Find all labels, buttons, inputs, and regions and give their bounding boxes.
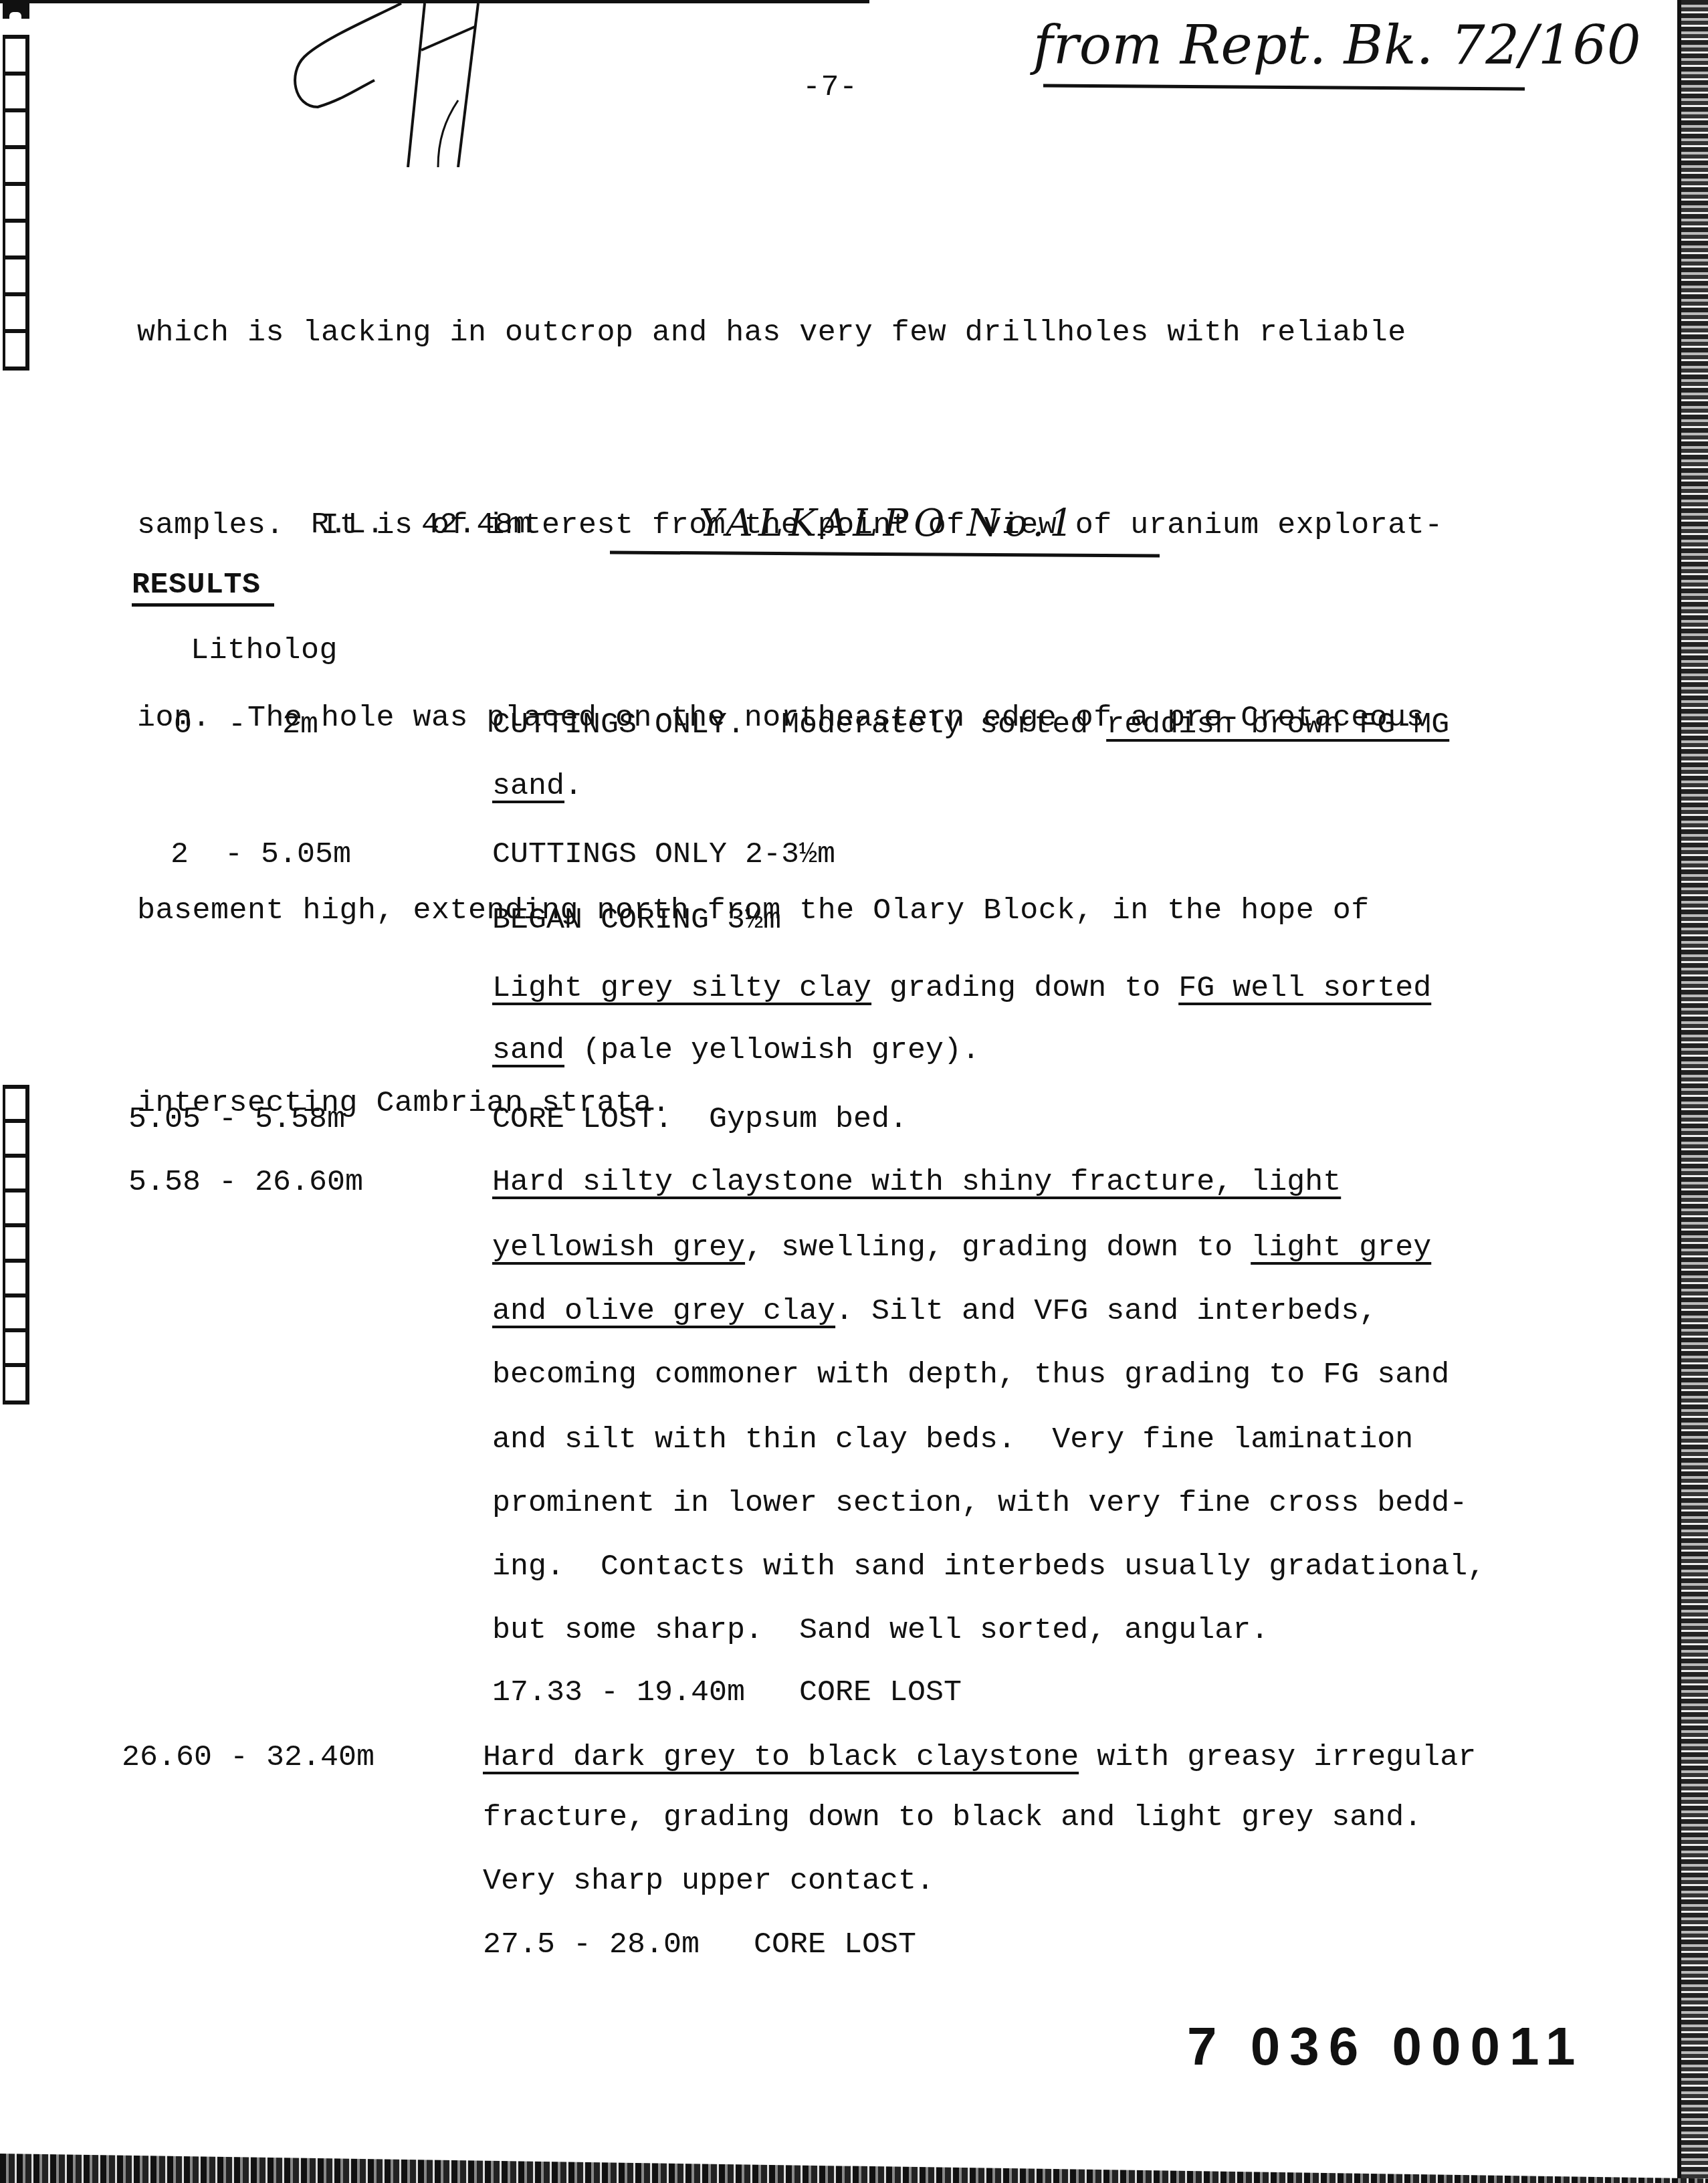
underlined-term: sand — [492, 1033, 564, 1067]
litholog-description-line: Light grey silty clay grading down to FG… — [492, 971, 1431, 1005]
reduced-level: R.L. 42.48m — [311, 510, 532, 540]
binder-hole-icon — [3, 145, 29, 187]
description-text: CUTTINGS ONLY 2-3½m — [492, 837, 835, 871]
litholog-description-line: yellowish grey, swelling, grading down t… — [492, 1231, 1431, 1265]
litholog-description-line: and olive grey clay. Silt and VFG sand i… — [492, 1294, 1377, 1328]
description-text: 27.5 - 28.0m CORE LOST — [483, 1928, 916, 1962]
underlined-term: Hard dark grey to black claystone — [483, 1740, 1079, 1774]
description-text: Very sharp upper contact. — [483, 1864, 934, 1898]
underlined-term: FG well sorted — [1178, 971, 1431, 1005]
description-text: CUTTINGS ONLY. Moderately sorted — [492, 708, 1106, 742]
litholog-description-line: ing. Contacts with sand interbeds usuall… — [492, 1550, 1485, 1584]
handwritten-reference: from Rept. Bk. 72/160 — [1033, 19, 1641, 72]
litholog-depth-interval: 0 - 2m — [174, 708, 318, 742]
litholog-description-line: 17.33 - 19.40m CORE LOST — [492, 1675, 962, 1709]
litholog-description-line: sand (pale yellowish grey). — [492, 1033, 980, 1067]
litholog-depth-interval: 5.58 - 26.60m — [128, 1165, 363, 1199]
description-text: becoming commoner with depth, thus gradi… — [492, 1358, 1449, 1392]
binder-hole-icon — [3, 292, 29, 334]
scan-right-edge — [1677, 0, 1708, 2183]
litholog-description-line: CORE LOST. Gypsum bed. — [492, 1102, 908, 1136]
litholog-depth-interval: 2 - 5.05m — [171, 837, 351, 871]
underlined-term: and olive grey clay — [492, 1294, 835, 1328]
underlined-term: light grey — [1251, 1231, 1431, 1265]
litholog-description-line: and silt with thin clay beds. Very fine … — [492, 1423, 1413, 1457]
litholog-subheading: Litholog — [191, 635, 338, 665]
litholog-description-line: but some sharp. Sand well sorted, angula… — [492, 1613, 1269, 1647]
binder-hole-icon — [3, 219, 29, 260]
binder-hole-icon — [3, 329, 29, 371]
underlined-term: sand — [492, 769, 564, 803]
litholog-description-line: 27.5 - 28.0m CORE LOST — [483, 1928, 916, 1962]
underlined-term: Hard silty claystone with shiny fracture… — [492, 1165, 1341, 1199]
section-heading-underline — [132, 603, 274, 607]
underlined-term: Light grey silty clay — [492, 971, 871, 1005]
description-text: fracture, grading down to black and ligh… — [483, 1800, 1422, 1835]
litholog-description-line: Hard silty claystone with shiny fracture… — [492, 1165, 1341, 1199]
binder-hole-icon — [3, 182, 29, 223]
description-text: 17.33 - 19.40m CORE LOST — [492, 1675, 962, 1709]
binder-hole-icon — [3, 1, 29, 19]
paragraph-line: which is lacking in outcrop and has very… — [137, 301, 1443, 365]
description-text: BEGAN CORING 3½m — [492, 903, 781, 937]
underlined-term: reddish brown FG-MG — [1106, 708, 1449, 742]
litholog-description-line: CUTTINGS ONLY. Moderately sorted reddish… — [492, 708, 1449, 742]
description-text: CORE LOST. Gypsum bed. — [492, 1102, 908, 1136]
description-text: but some sharp. Sand well sorted, angula… — [492, 1613, 1269, 1647]
litholog-description-line: prominent in lower section, with very fi… — [492, 1486, 1467, 1520]
description-text: with greasy irregular — [1079, 1740, 1476, 1774]
description-text: grading down to — [871, 971, 1178, 1005]
section-heading: RESULTS — [132, 570, 261, 600]
binder-hole-icon — [3, 108, 29, 150]
paragraph-line: basement high, extending north from the … — [137, 879, 1443, 943]
stamped-document-id: 7 036 00011 — [1187, 2020, 1584, 2073]
underlined-term: yellowish grey — [492, 1231, 745, 1265]
binder-hole-icon — [3, 72, 29, 113]
litholog-depth-interval: 26.60 - 32.40m — [122, 1740, 375, 1774]
description-text: , swelling, grading down to — [745, 1231, 1251, 1265]
description-text: . — [564, 769, 582, 803]
litholog-description-line: Hard dark grey to black claystone with g… — [483, 1740, 1476, 1774]
description-text: . Silt and VFG sand interbeds, — [835, 1294, 1377, 1328]
scan-bottom-edge — [0, 2154, 1708, 2183]
description-text: (pale yellowish grey). — [564, 1033, 980, 1067]
litholog-description-line: sand. — [492, 769, 582, 803]
litholog-description-line: becoming commoner with depth, thus gradi… — [492, 1358, 1449, 1392]
litholog-description-line: BEGAN CORING 3½m — [492, 903, 781, 937]
litholog-depth-interval: 5.05 - 5.58m — [128, 1102, 345, 1136]
handwritten-underline — [1043, 84, 1525, 90]
binder-hole-icon — [3, 255, 29, 297]
description-text: and silt with thin clay beds. Very fine … — [492, 1423, 1413, 1457]
description-text: ing. Contacts with sand interbeds usuall… — [492, 1550, 1485, 1584]
description-text: prominent in lower section, with very fi… — [492, 1486, 1467, 1520]
page-number: -7- — [803, 72, 858, 102]
well-name: YALKALPO No.1 — [699, 505, 1079, 542]
pen-scribble-icon — [268, 0, 488, 167]
litholog-description-line: fracture, grading down to black and ligh… — [483, 1800, 1422, 1835]
scanned-page: -7- from Rept. Bk. 72/160 which is lacki… — [0, 0, 1708, 2183]
binder-hole-icon — [3, 35, 29, 76]
binder-hole-icon — [3, 1363, 29, 1405]
binder-holes — [0, 0, 40, 2183]
litholog-description-line: CUTTINGS ONLY 2-3½m — [492, 837, 835, 871]
litholog-description-line: Very sharp upper contact. — [483, 1864, 934, 1898]
